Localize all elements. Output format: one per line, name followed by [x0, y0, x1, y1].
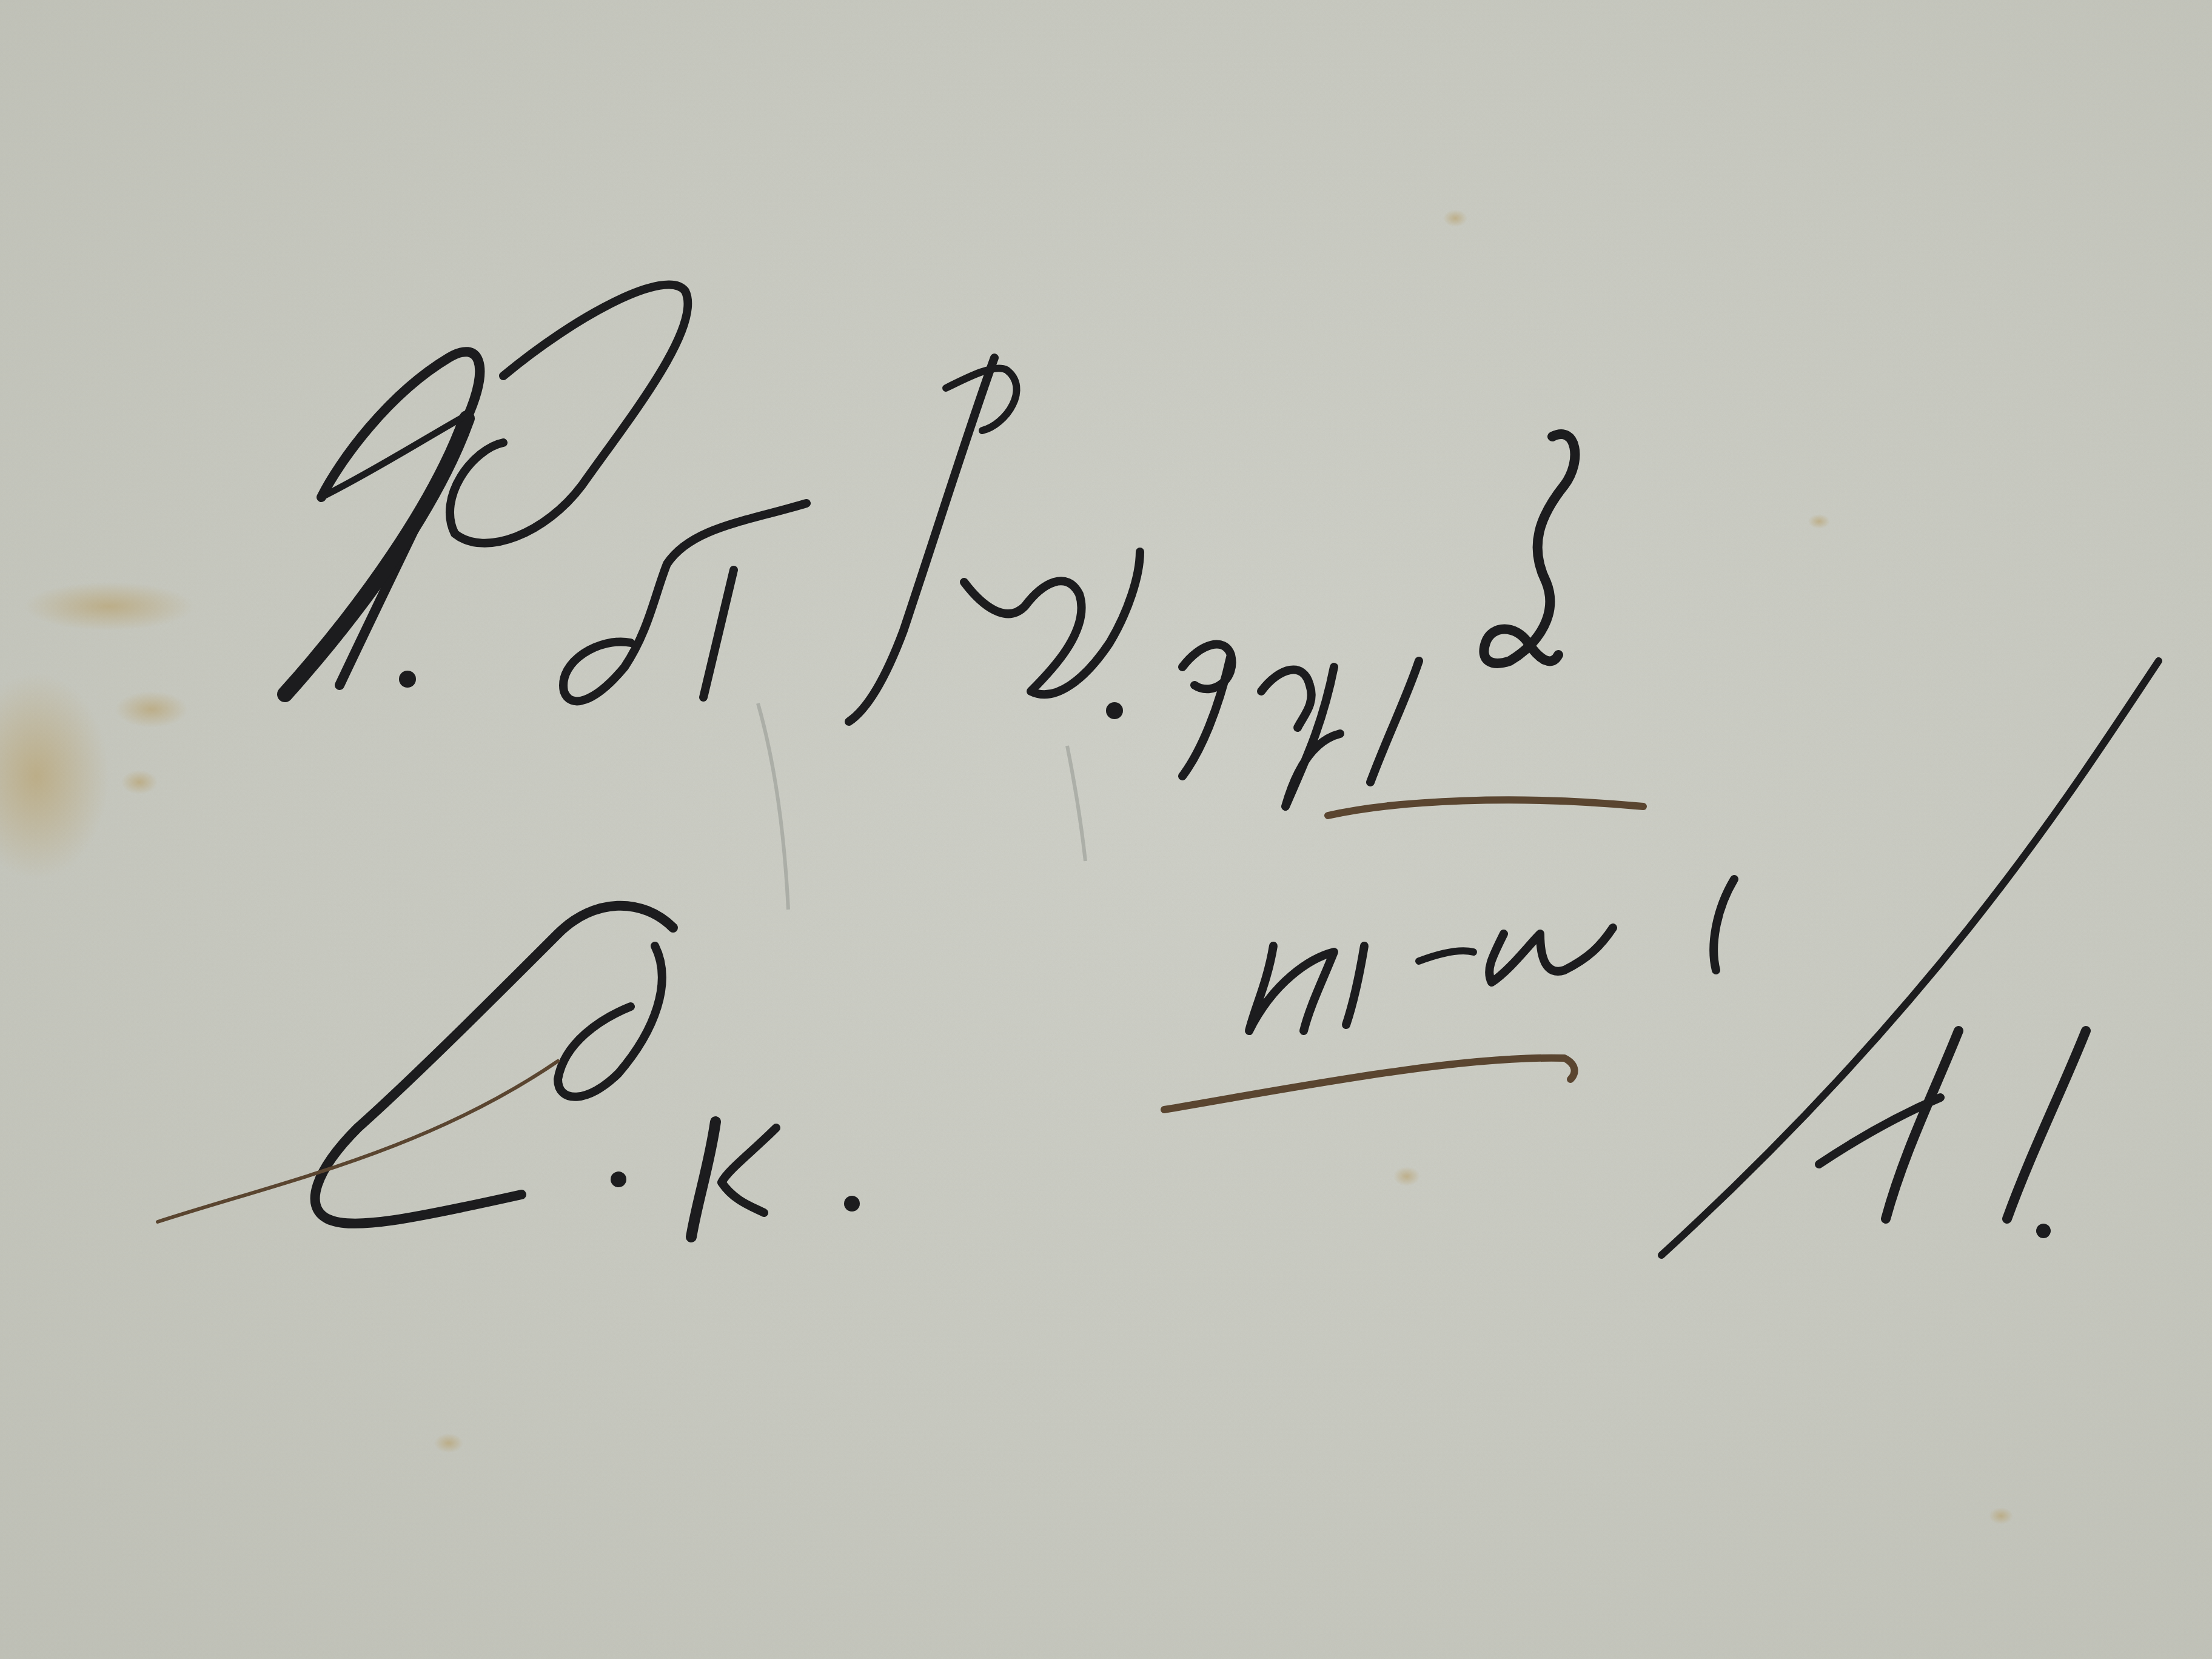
handwritten-note-photo: Գ. Տէ Լեռ. գ. Բ. Ե. Կ. ԺԻ-Ա Ա.	[0, 0, 2212, 1659]
paper-surface	[0, 0, 2212, 1659]
paper-grain	[0, 0, 2212, 1659]
